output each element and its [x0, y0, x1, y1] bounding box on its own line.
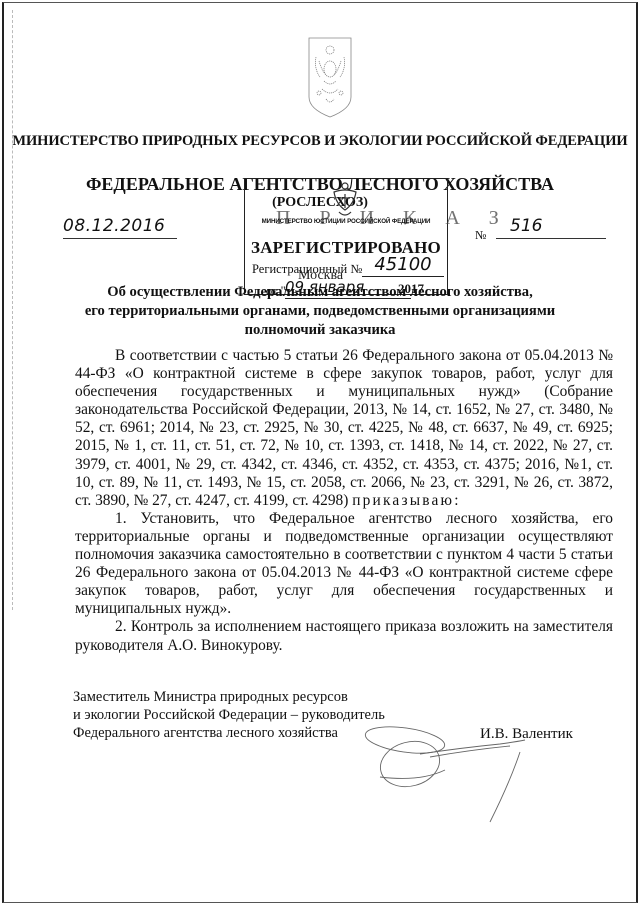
signer-position: Заместитель Министра природных ресурсов … [73, 688, 385, 742]
order-item-1: 1. Установить, что Федеральное агентство… [75, 510, 613, 619]
title-line: полномочий заказчика [0, 321, 640, 340]
document-number: 516 [496, 214, 606, 239]
order-word: приказываю: [352, 492, 461, 509]
document-date: 08.12.2016 [63, 214, 177, 239]
coat-of-arms-icon [306, 35, 354, 119]
handwritten-signature-icon [360, 722, 560, 827]
position-line: Заместитель Министра природных ресурсов [73, 688, 385, 706]
position-line: и экологии Российской Федерации – руково… [73, 706, 385, 724]
document-title: Об осуществлении Федеральным агентством … [0, 283, 640, 340]
order-item-2: 2. Контроль за исполнением настоящего пр… [75, 618, 613, 654]
preamble-text: В соответствии с частью 5 статьи 26 Феде… [75, 347, 613, 509]
stamp-regno-value: 45100 [362, 254, 444, 277]
stamp-ministry: МИНИСТЕРСТВО ЮСТИЦИИ РОССИЙСКОЙ ФЕДЕРАЦИ… [248, 218, 444, 225]
preamble-paragraph: В соответствии с частью 5 статьи 26 Феде… [75, 347, 613, 510]
position-line: Федерального агентства лесного хозяйства [73, 724, 385, 742]
title-line: его территориальными органами, подведомс… [0, 302, 640, 321]
document-body: В соответствии с частью 5 статьи 26 Феде… [75, 347, 613, 655]
document-number-label: № [475, 228, 486, 243]
ministry-name: МИНИСТЕРСТВО ПРИРОДНЫХ РЕСУРСОВ И ЭКОЛОГ… [0, 133, 640, 150]
title-line: Об осуществлении Федеральным агентством … [0, 283, 640, 302]
